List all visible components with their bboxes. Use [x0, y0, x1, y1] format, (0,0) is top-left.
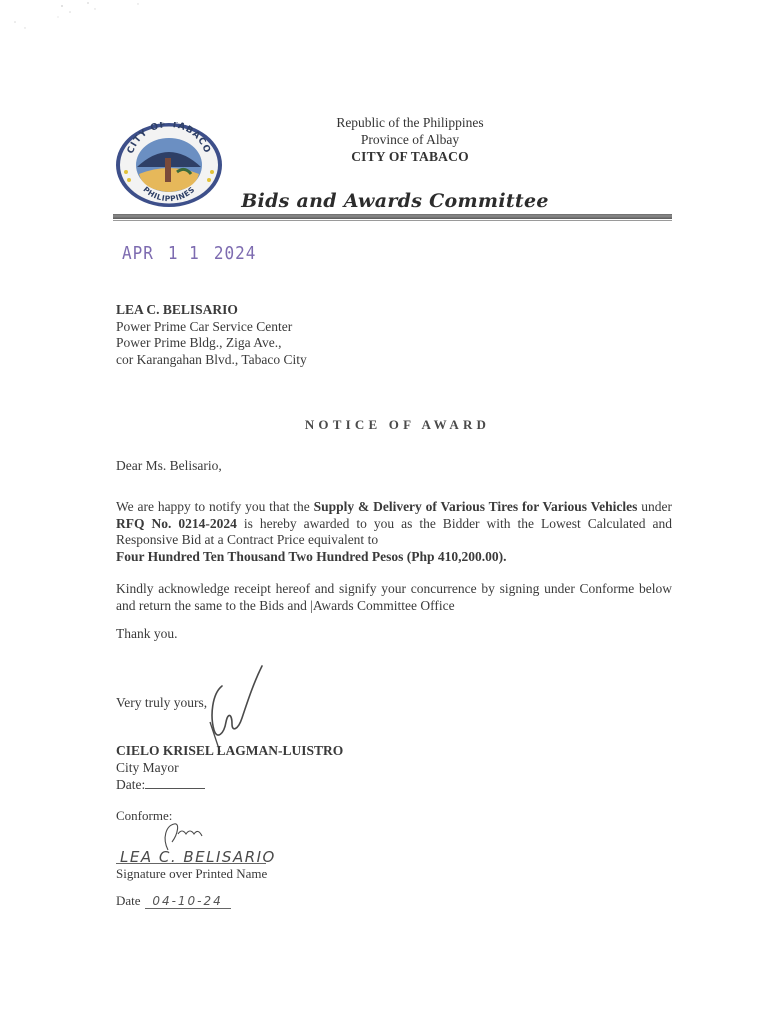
addressee-address-2: cor Karangahan Blvd., Tabaco City	[116, 352, 307, 369]
signatory-block: CIELO KRISEL LAGMAN-LUISTRO City Mayor D…	[116, 743, 343, 794]
letterhead-province: Province of Albay	[250, 131, 570, 148]
project-name: Supply & Delivery of Various Tires for V…	[314, 499, 638, 514]
received-date-stamp: APR1 12024	[122, 242, 256, 263]
addressee-name: LEA C. BELISARIO	[116, 302, 307, 319]
header-divider-thin	[113, 220, 672, 221]
signatory-name: CIELO KRISEL LAGMAN-LUISTRO	[116, 743, 343, 760]
committee-name: Bids and Awards Committee	[240, 190, 550, 212]
conforme-date-value: 04-10-24	[145, 894, 231, 909]
mayor-date-field	[145, 776, 205, 789]
header-divider	[113, 214, 672, 219]
salutation: Dear Ms. Belisario,	[116, 458, 222, 474]
conforme-date-label: Date	[116, 893, 141, 908]
award-text-1: We are happy to notify you that the	[116, 499, 314, 514]
letterhead-country: Republic of the Philippines	[250, 114, 570, 131]
letterhead: Republic of the Philippines Province of …	[250, 114, 570, 165]
addressee-company: Power Prime Car Service Center	[116, 319, 307, 336]
award-text-2: under	[637, 499, 672, 514]
contract-amount: Four Hundred Ten Thousand Two Hundred Pe…	[116, 549, 507, 564]
mayor-date-label: Date:	[116, 777, 145, 792]
letterhead-city: CITY OF TABACO	[250, 148, 570, 165]
addressee-block: LEA C. BELISARIO Power Prime Car Service…	[116, 302, 307, 368]
award-paragraph: We are happy to notify you that the Supp…	[116, 499, 672, 565]
stamp-year: 2024	[214, 242, 257, 263]
acknowledge-paragraph: Kindly acknowledge receipt hereof and si…	[116, 581, 672, 614]
document-title: NOTICE OF AWARD	[0, 417, 783, 433]
signature-line	[116, 863, 266, 864]
city-seal-logo: CITY OF TABACO PHILIPPINES	[115, 122, 223, 208]
stamp-day: 1 1	[168, 242, 200, 263]
signature-caption: Signature over Printed Name	[116, 866, 267, 882]
addressee-address-1: Power Prime Bldg., Ziga Ave.,	[116, 335, 307, 352]
rfq-number: RFQ No. 0214-2024	[116, 516, 237, 531]
thank-you: Thank you.	[116, 626, 178, 642]
conforme-date-row: Date04-10-24	[116, 893, 231, 909]
scan-artifacts	[0, 0, 160, 40]
signatory-title: City Mayor	[116, 760, 343, 777]
stamp-month: APR	[122, 242, 154, 263]
